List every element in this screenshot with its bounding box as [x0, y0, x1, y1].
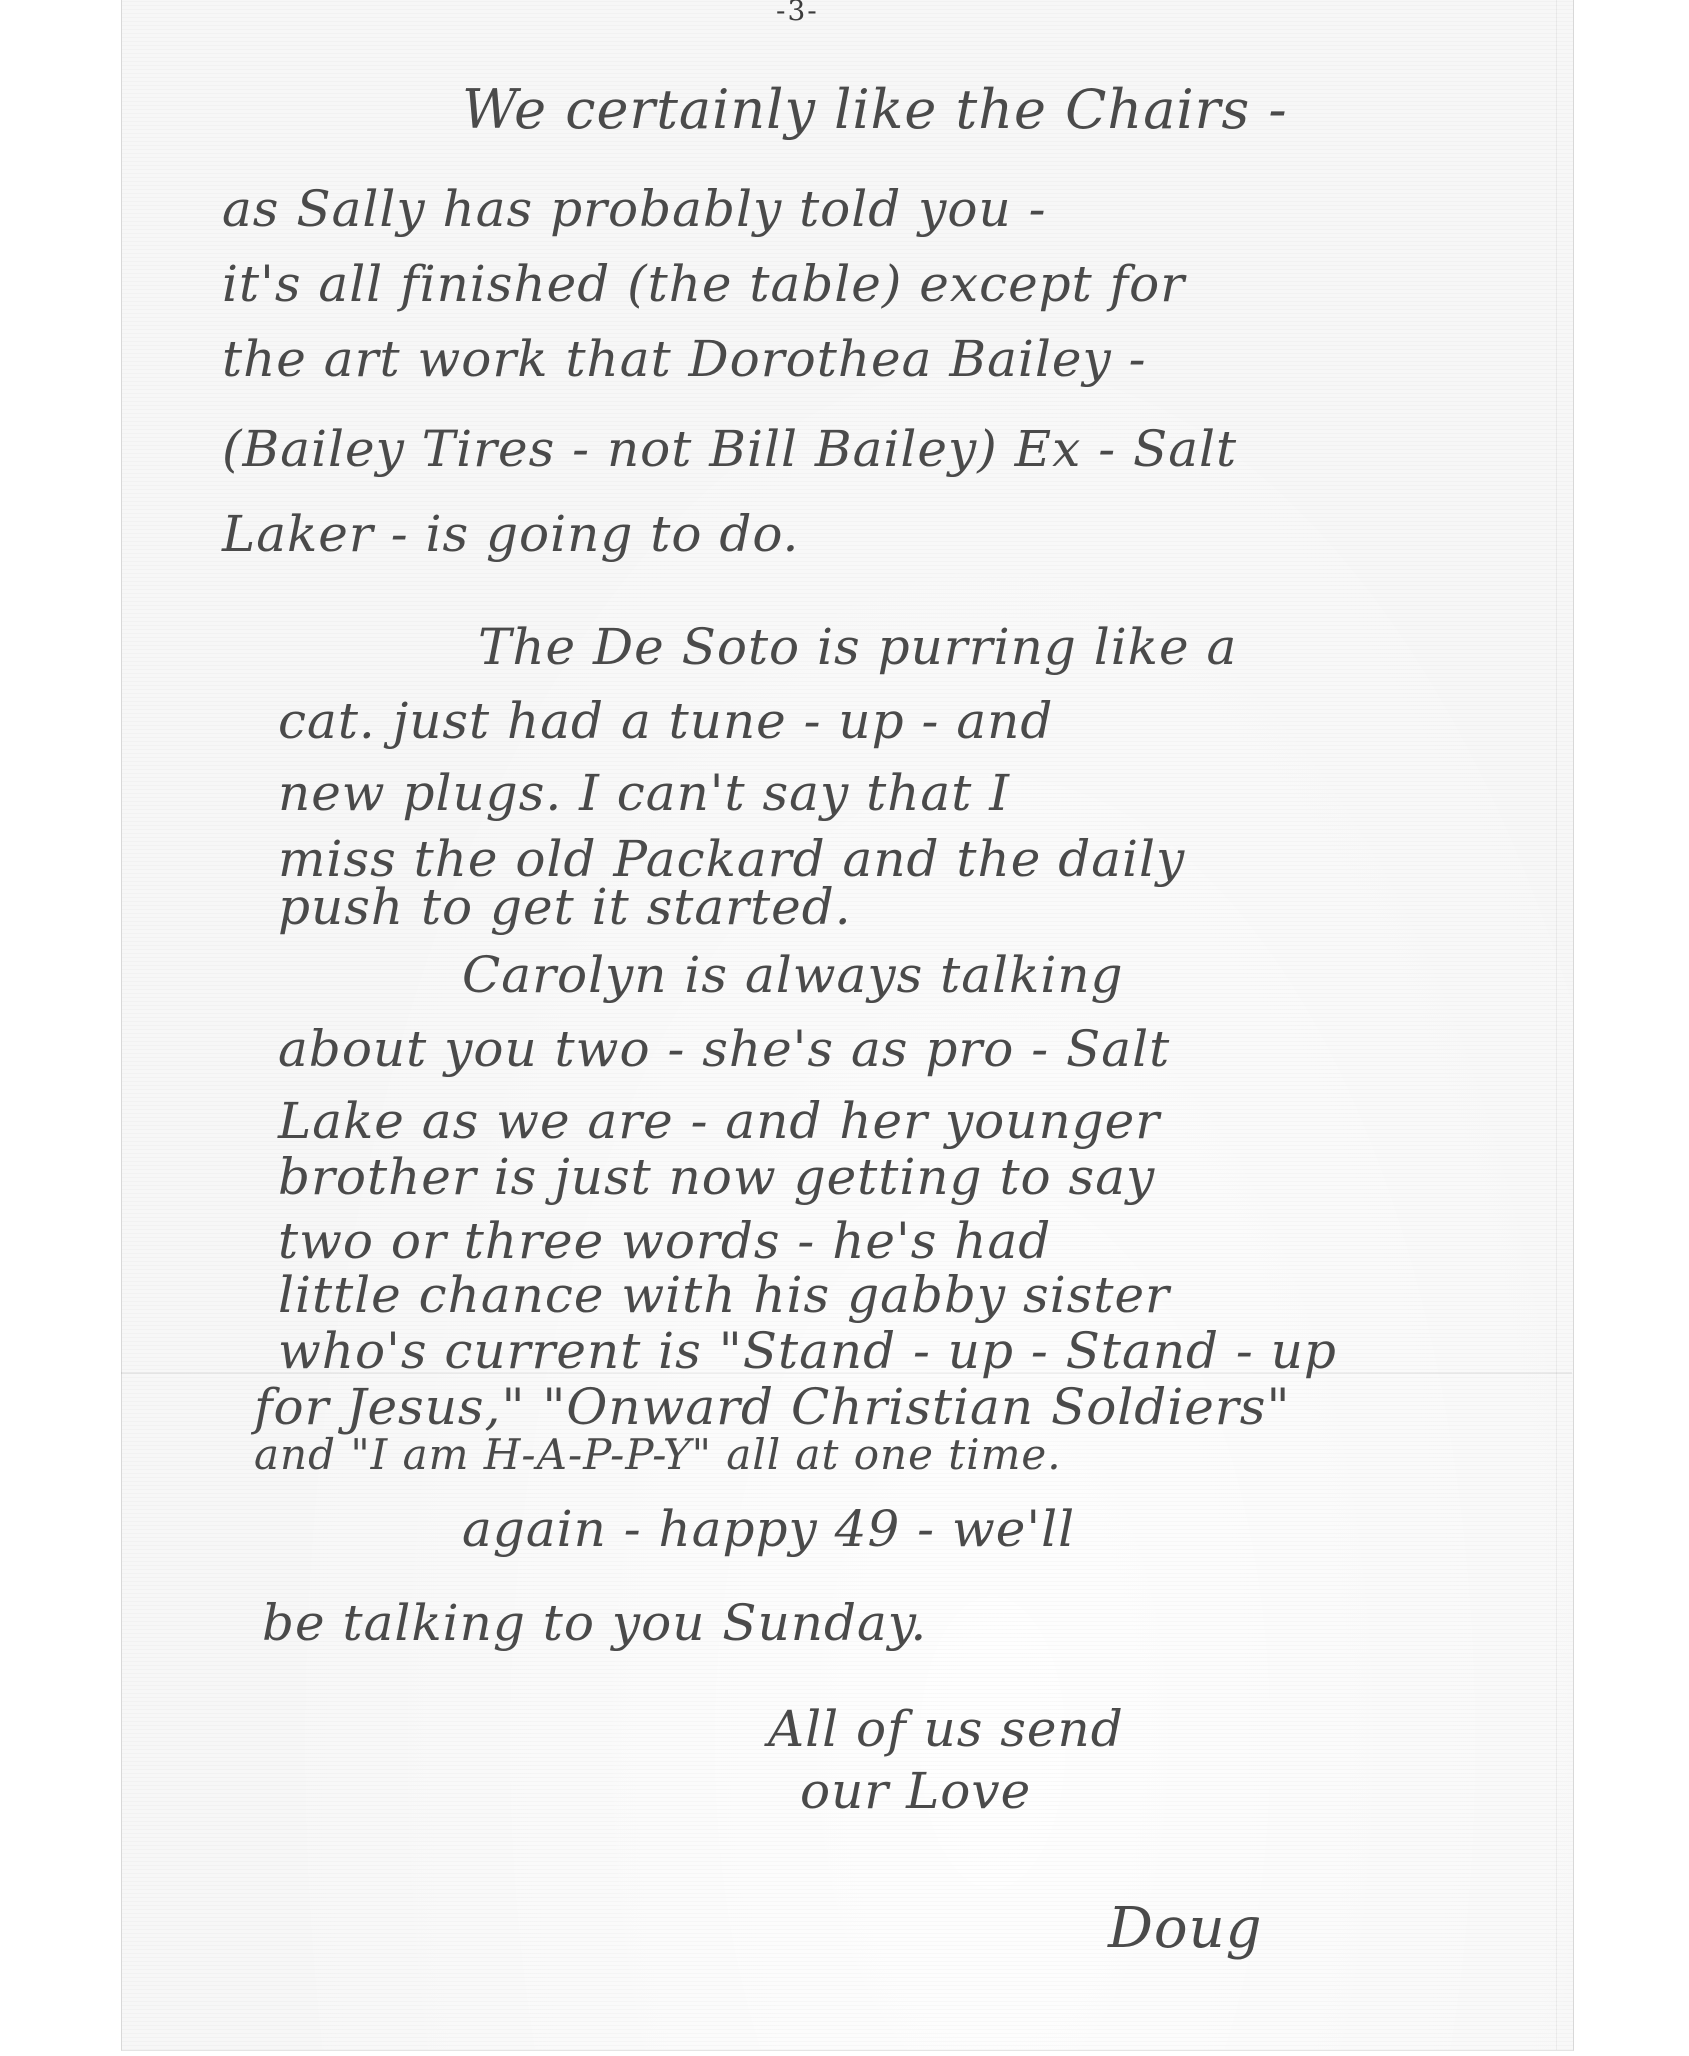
- letter-line: Laker - is going to do.: [222, 505, 799, 563]
- letter-line: push to get it started.: [278, 878, 852, 936]
- letter-line: be talking to you Sunday.: [262, 1594, 927, 1652]
- closing-line: All of us send: [768, 1700, 1124, 1758]
- letter-line: Lake as we are - and her younger: [278, 1092, 1160, 1150]
- letter-line: it's all finished (the table) except for: [222, 255, 1185, 313]
- closing-line: our Love: [800, 1762, 1031, 1820]
- letter-line: about you two - she's as pro - Salt: [278, 1020, 1170, 1078]
- letter-line: new plugs. I can't say that I: [278, 764, 1010, 822]
- letter-line: who's current is "Stand - up - Stand - u…: [278, 1322, 1337, 1380]
- signature: Doug: [1108, 1896, 1263, 1961]
- letter-line: the art work that Dorothea Bailey -: [222, 330, 1147, 388]
- letter-line: The De Soto is purring like a: [478, 618, 1237, 676]
- page-number: -3-: [776, 0, 819, 27]
- letter-line: for Jesus," "Onward Christian Soldiers": [254, 1378, 1290, 1436]
- vertical-fold-crease: [1556, 0, 1557, 2050]
- letter-line: brother is just now getting to say: [278, 1148, 1155, 1206]
- letter-line: again - happy 49 - we'll: [462, 1500, 1075, 1558]
- letter-line: Carolyn is always talking: [462, 946, 1124, 1004]
- letter-line: two or three words - he's had: [278, 1212, 1051, 1270]
- letter-line: (Bailey Tires - not Bill Bailey) Ex - Sa…: [222, 420, 1237, 478]
- letter-line: cat. just had a tune - up - and: [278, 692, 1053, 750]
- letter-line: and "I am H-A-P-P-Y" all at one time.: [254, 1430, 1062, 1479]
- letter-line: as Sally has probably told you -: [222, 180, 1047, 238]
- letter-line: little chance with his gabby sister: [278, 1266, 1170, 1324]
- letter-line: We certainly like the Chairs -: [462, 78, 1288, 141]
